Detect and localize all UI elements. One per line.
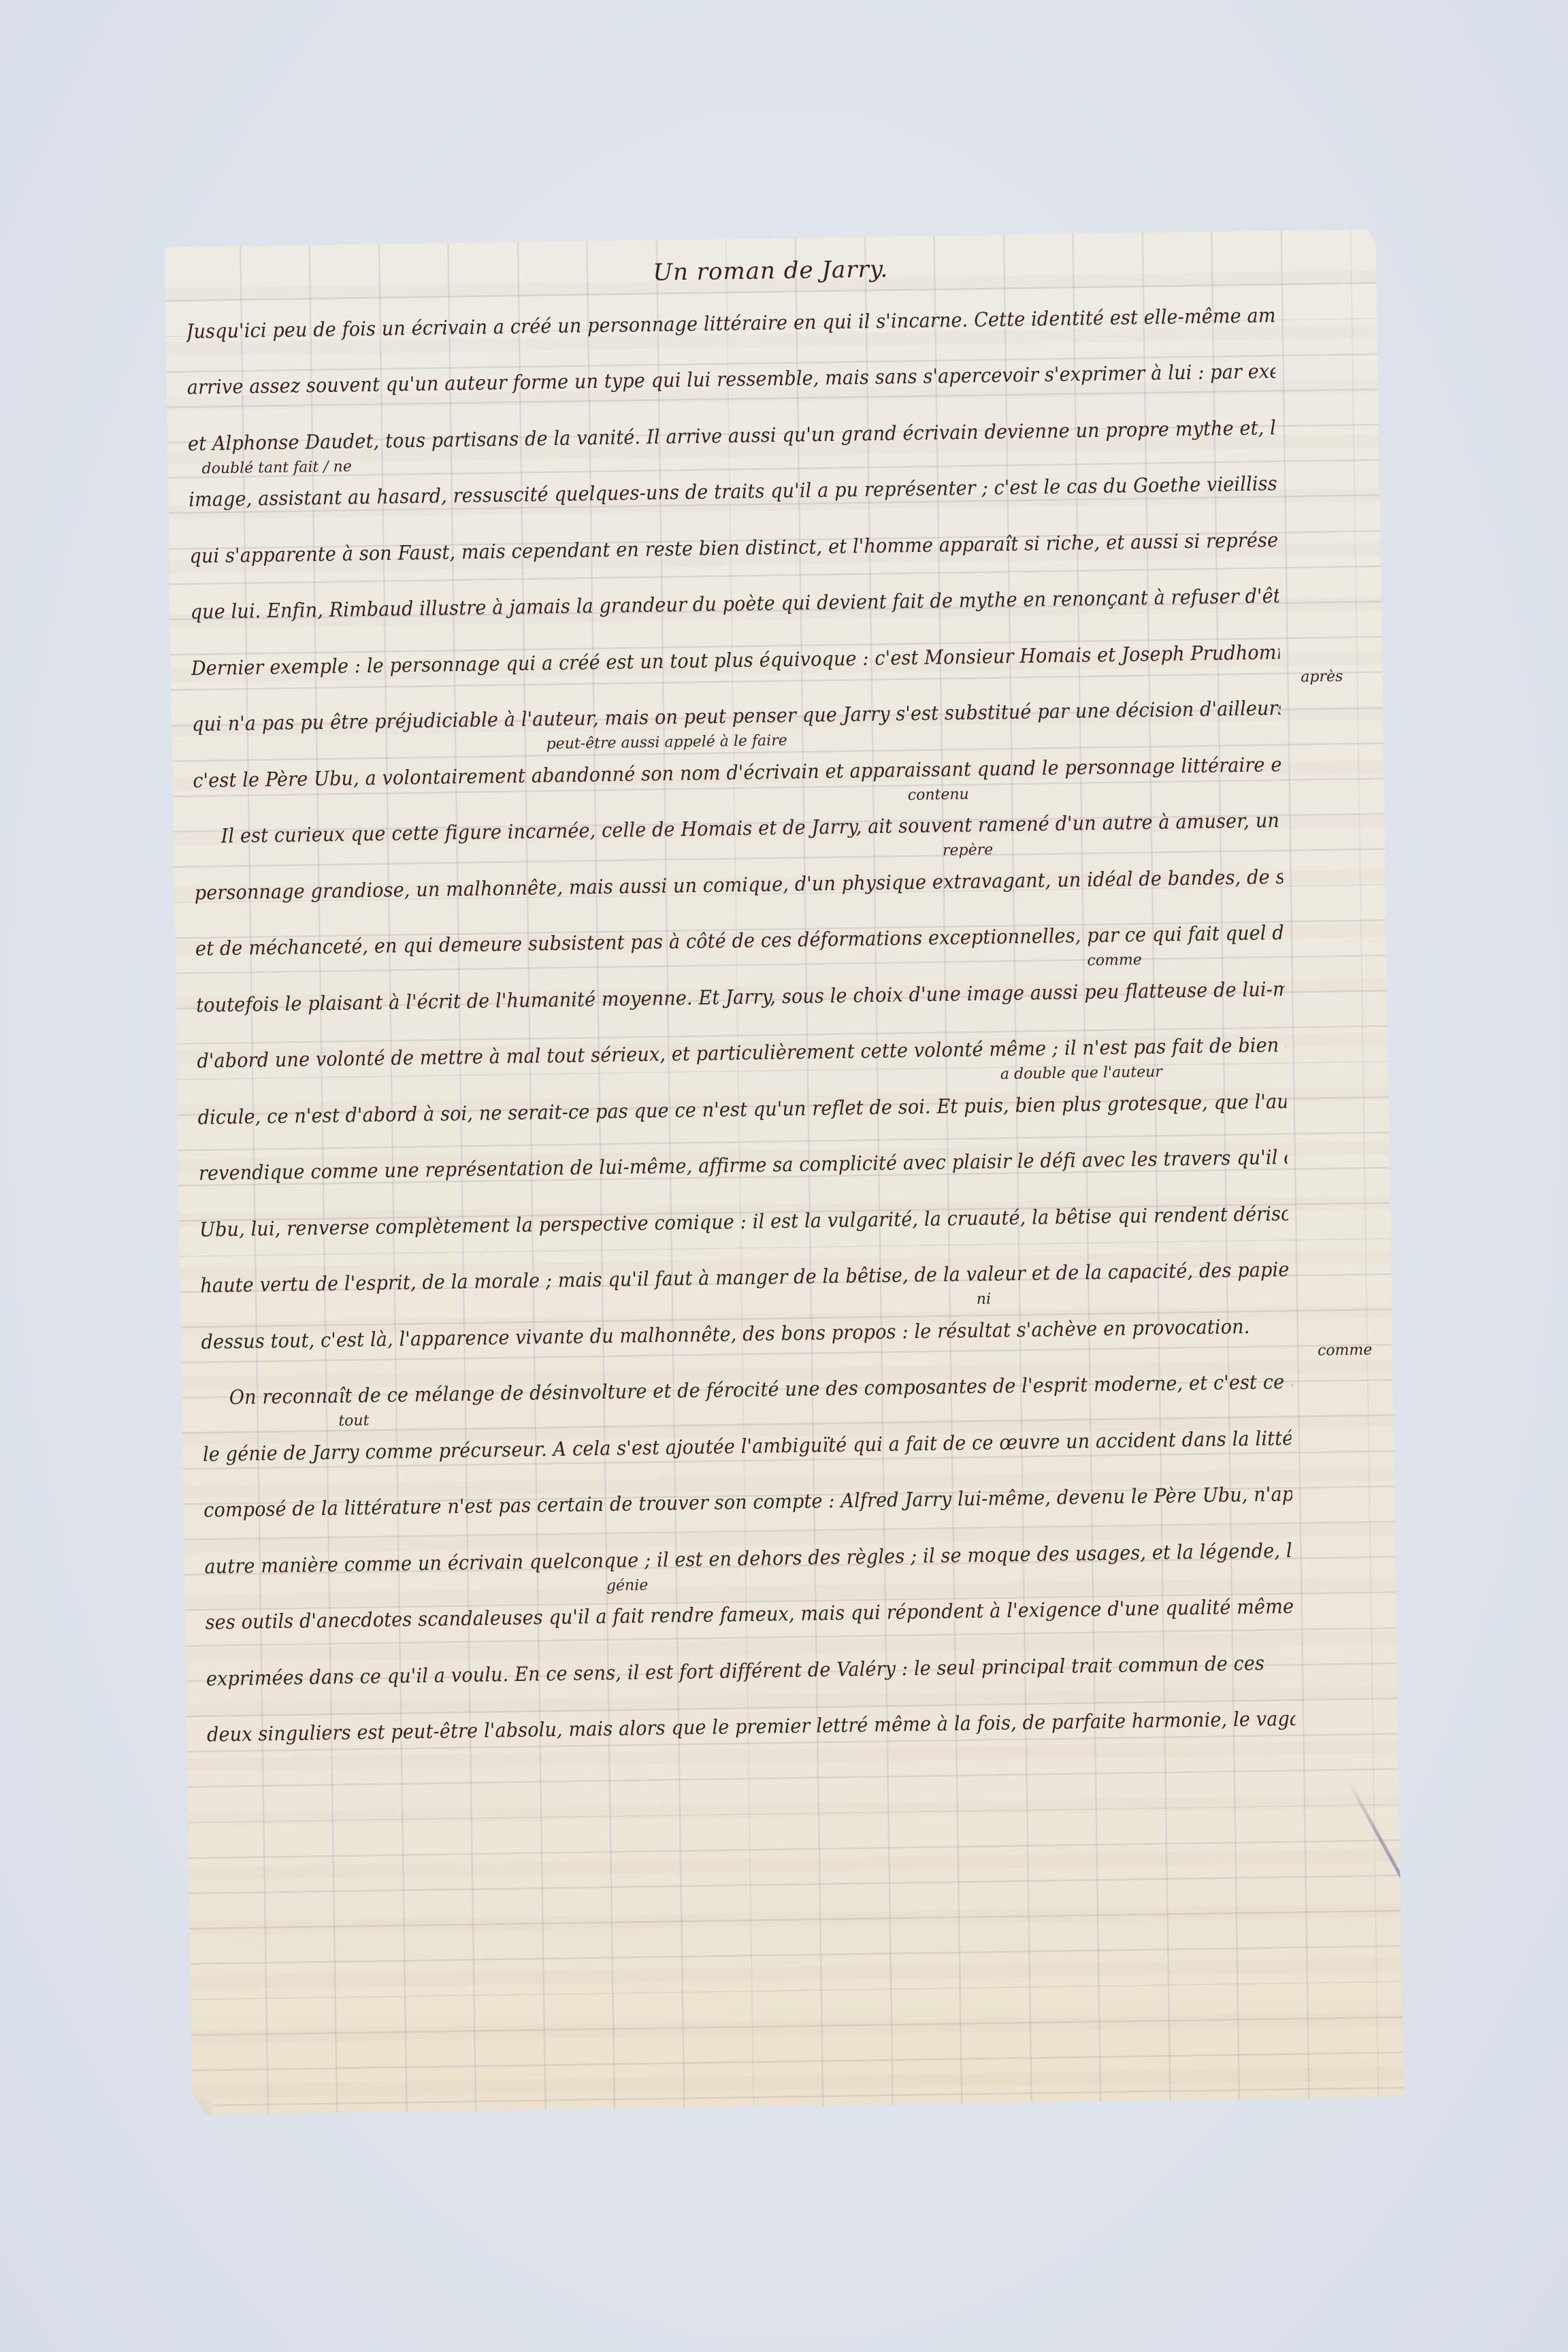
interlinear-insertion: après (1301, 668, 1343, 685)
handwritten-text: On reconnaît de ce mélange de désinvoltu… (229, 1370, 1293, 1409)
handwritten-text: composé de la littérature n'est pas cert… (203, 1482, 1292, 1522)
handwritten-text: image, assistant au hasard, ressuscité q… (189, 472, 1277, 511)
handwritten-text: et Alphonse Daudet, tous partisans de la… (188, 416, 1277, 455)
manuscript-body: Jusqu'ici peu de fois un écrivain a créé… (186, 278, 1378, 1755)
interlinear-insertion: ni (977, 1291, 992, 1308)
handwritten-text: le génie de Jarry comme précurseur. A ce… (203, 1426, 1292, 1465)
handwritten-text: revendique comme une représentation de l… (199, 1145, 1288, 1185)
handwritten-text: autre manière comme un écrivain quelconq… (204, 1538, 1293, 1578)
handwritten-text: Jusqu'ici peu de fois un écrivain a créé… (186, 304, 1275, 343)
interlinear-insertion: a double que l'auteur (1000, 1064, 1162, 1083)
handwritten-text: dicule, ce n'est d'abord à soi, ne serai… (197, 1090, 1286, 1129)
handwritten-text: Il est curieux que cette figure incarnée… (220, 808, 1284, 847)
handwritten-text: qui n'a pas pu être préjudiciable à l'au… (192, 696, 1281, 736)
handwritten-text: toutefois le plaisant à l'écrit de l'hum… (196, 977, 1285, 1017)
handwritten-text: ses outils d'anecdotes scandaleuses qu'i… (205, 1595, 1294, 1634)
handwritten-text: personnage grandiose, un malhonnête, mai… (195, 865, 1284, 904)
handwritten-text: dessus tout, c'est là, l'apparence vivan… (201, 1314, 1290, 1354)
handwritten-text: qui s'apparente à son Faust, mais cepend… (189, 528, 1278, 568)
handwritten-text: Ubu, lui, renverse complètement la persp… (199, 1202, 1288, 1241)
interlinear-insertion: contenu (908, 785, 969, 803)
handwritten-text: que lui. Enfin, Rimbaud illustre à jamai… (190, 584, 1279, 623)
handwritten-text: arrive assez souvent qu'un auteur forme … (187, 359, 1276, 399)
handwritten-text: exprimées dans ce qu'il a voulu. En ce s… (206, 1650, 1295, 1690)
interlinear-insertion: peut-être aussi appelé à le faire (546, 732, 787, 753)
interlinear-insertion: tout (338, 1412, 369, 1430)
handwritten-text: haute vertu de l'esprit, de la morale ; … (200, 1258, 1289, 1297)
interlinear-insertion: doublé tant fait / ne (201, 458, 352, 477)
interlinear-insertion: comme (1318, 1341, 1373, 1359)
handwritten-text: deux singuliers est peut-être l'absolu, … (207, 1707, 1296, 1746)
manuscript-sheet: Un roman de Jarry. Jusqu'ici peu de fois… (165, 229, 1404, 2115)
handwritten-text: c'est le Père Ubu, a volontairement aban… (193, 753, 1281, 792)
interlinear-insertion: génie (606, 1577, 649, 1595)
interlinear-insertion: repère (943, 841, 994, 859)
handwritten-text: Dernier exemple : le personnage qui a cr… (191, 640, 1280, 680)
interlinear-insertion: comme (1087, 951, 1142, 969)
